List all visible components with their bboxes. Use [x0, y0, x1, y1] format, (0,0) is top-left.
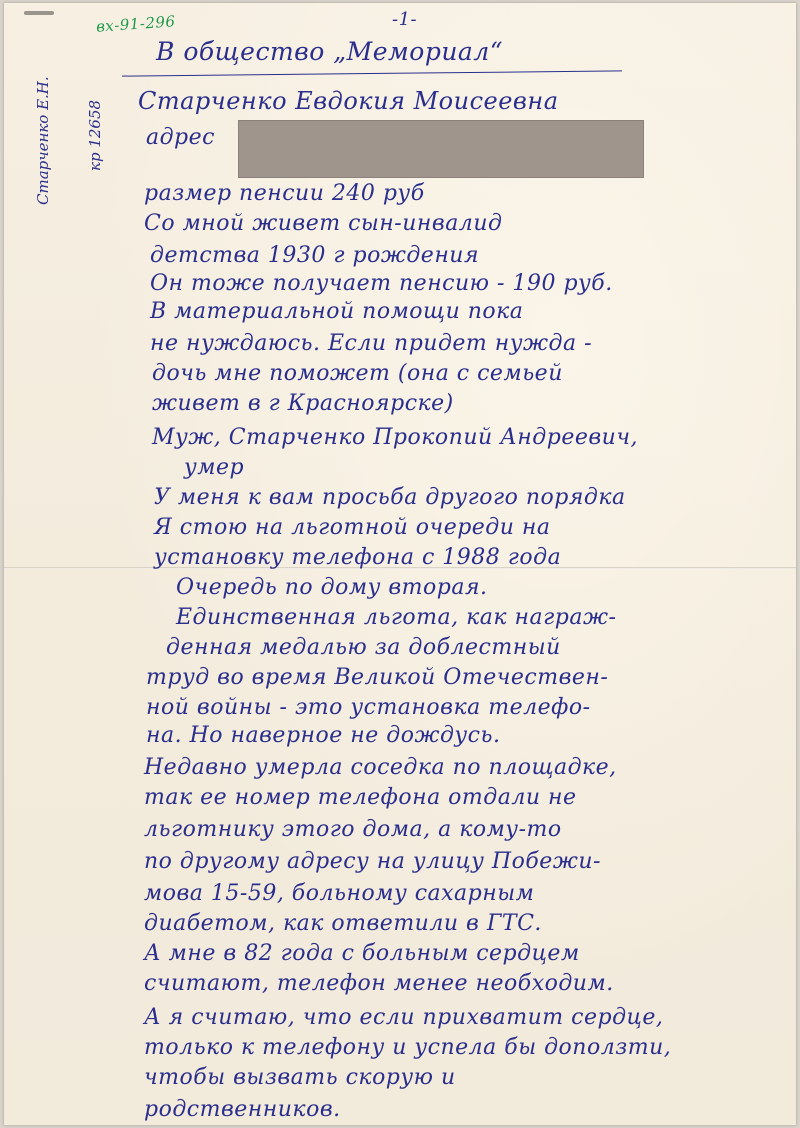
letter-line: труд во время Великой Отечествен- [146, 665, 608, 690]
letter-line: диабетом, как ответили в ГТС. [144, 911, 542, 936]
letter-line: У меня к вам просьба другого порядка [154, 485, 626, 510]
addressee-heading: В общество „Мемориал“ [156, 37, 503, 66]
margin-note-name: Старченко Е.Н. [34, 76, 52, 205]
letter-line: мова 15-59, больному сахарным [144, 881, 534, 906]
letter-line: Муж, Старченко Прокопий Андреевич, [152, 425, 638, 450]
letter-page: вх-91-296 -1- В общество „Мемориал“ Стар… [4, 3, 796, 1125]
letter-line: денная медалью за доблестный [166, 635, 561, 660]
letter-line: Единственная льгота, как награж- [176, 605, 616, 630]
letter-line: дочь мне поможет (она с семьей [152, 361, 563, 386]
letter-line: Он тоже получает пенсию - 190 руб. [150, 271, 613, 296]
letter-line: А я считаю, что если прихватит сердце, [144, 1005, 663, 1030]
letter-line: льготнику этого дома, а кому-то [144, 817, 562, 842]
margin-note-number: кр 12658 [86, 100, 104, 171]
letter-line: размер пенсии 240 руб [144, 181, 425, 206]
letter-line: живет в г Красноярске) [152, 391, 454, 416]
letter-line: чтобы вызвать скорую и [144, 1065, 456, 1090]
letter-line: умер [184, 455, 244, 480]
author-name: Старченко Евдокия Моисеевна [138, 87, 559, 115]
letter-line: установку телефона с 1988 года [154, 545, 561, 570]
staple-mark [24, 11, 54, 15]
redacted-address-block [238, 120, 644, 178]
address-label: адрес [146, 125, 215, 150]
archive-code: вх-91-296 [95, 12, 176, 36]
letter-line: родственников. [144, 1097, 341, 1122]
letter-line: так ее номер телефона отдали не [144, 785, 577, 810]
letter-line: В материальной помощи пока [150, 299, 523, 324]
letter-line: не нуждаюсь. Если придет нужда - [150, 331, 592, 356]
letter-line: Недавно умерла соседка по площадке, [144, 755, 617, 780]
letter-line: на. Но наверное не дождусь. [146, 723, 500, 748]
letter-line: по другому адресу на улицу Побежи- [144, 849, 601, 874]
letter-line: А мне в 82 года с больным сердцем [144, 941, 580, 966]
heading-underline [122, 70, 622, 76]
letter-line: только к телефону и успела бы доползти, [144, 1035, 671, 1060]
letter-line: детства 1930 г рождения [150, 243, 479, 268]
letter-line: ной войны - это установка телефо- [146, 695, 591, 720]
letter-line: считают, телефон менее необходим. [144, 971, 614, 996]
letter-line: Я стою на льготной очереди на [154, 515, 551, 540]
letter-line: Очередь по дому вторая. [176, 575, 488, 600]
page-number: -1- [392, 9, 417, 30]
letter-line: Со мной живет сын-инвалид [144, 211, 502, 236]
